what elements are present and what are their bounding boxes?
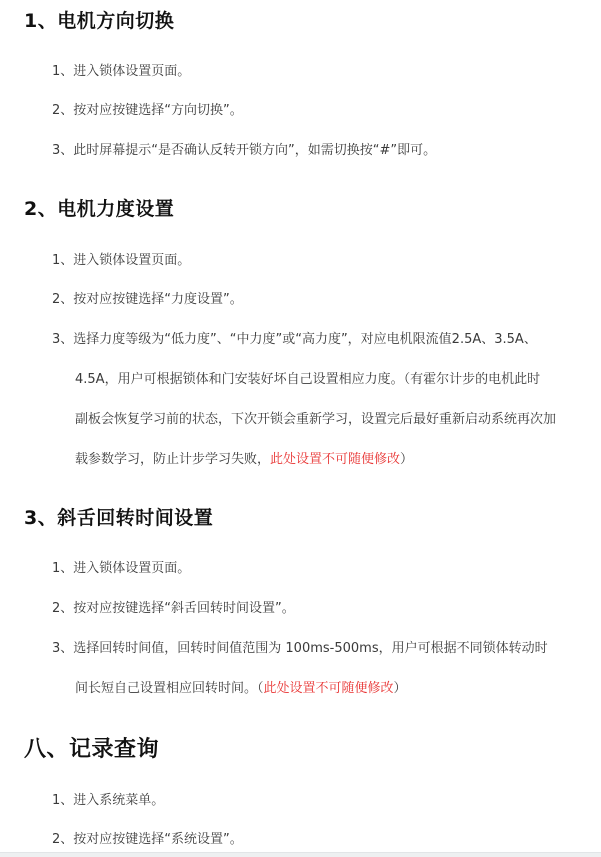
list-item: 2、按对应按键选择“斜舌回转时间设置”。 <box>52 589 295 629</box>
list-item: 1、进入系统菜单。 <box>52 781 164 821</box>
item-line: 4.5A，用户可根据锁体和门安装好坏自己设置相应力度。（有霍尔计步的电机此时 <box>52 360 556 400</box>
item-line: 3、选择回转时间值，回转时间值范围为 100ms-500ms，用户可根据不同锁体… <box>52 641 548 656</box>
item-line: 3、选择力度等级为“低力度”、“中力度”或“高力度”，对应电机限流值2.5A、3… <box>52 332 537 347</box>
section-heading-motor-direction: 1、电机方向切换 <box>24 6 174 33</box>
item-text: 载参数学习，防止计步学习失败， <box>75 452 270 467</box>
chapter-heading-record-query: 八、记录查询 <box>24 732 159 763</box>
item-line: 间长短自己设置相应回转时间。（此处设置不可随便修改） <box>52 669 548 709</box>
list-item: 1、进入锁体设置页面。 <box>52 549 190 589</box>
section-heading-motor-force: 2、电机力度设置 <box>24 194 174 221</box>
list-item-return-time: 3、选择回转时间值，回转时间值范围为 100ms-500ms，用户可根据不同锁体… <box>52 629 548 709</box>
section-heading-latch-return-time: 3、斜舌回转时间设置 <box>24 503 213 530</box>
item-text: 间长短自己设置相应回转时间。（ <box>75 681 264 696</box>
list-item: 1、进入锁体设置页面。 <box>52 241 190 281</box>
list-item: 2、按对应按键选择“方向切换”。 <box>52 91 243 131</box>
warning-text: 此处设置不可随便修改 <box>270 452 400 467</box>
list-item: 2、按对应按键选择“力度设置”。 <box>52 280 243 320</box>
item-text: ） <box>400 452 413 467</box>
item-line: 副板会恢复学习前的状态，下次开锁会重新学习，设置完后最好重新启动系统再次加 <box>52 400 556 440</box>
warning-text: 此处设置不可随便修改 <box>264 681 394 696</box>
list-item-force-level: 3、选择力度等级为“低力度”、“中力度”或“高力度”，对应电机限流值2.5A、3… <box>52 320 556 480</box>
item-text: ） <box>394 681 407 696</box>
bottom-divider <box>0 852 601 857</box>
list-item: 3、此时屏幕提示“是否确认反转开锁方向”，如需切换按“#”即可。 <box>52 131 436 171</box>
item-line: 载参数学习，防止计步学习失败，此处设置不可随便修改） <box>52 440 556 480</box>
list-item: 1、进入锁体设置页面。 <box>52 52 190 92</box>
